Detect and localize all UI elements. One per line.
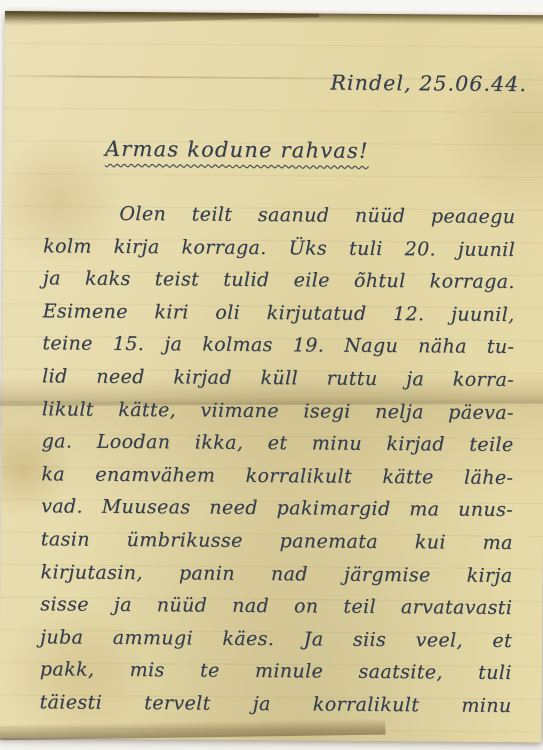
- letter-line: ka enamvähem korralikult kätte lähe-: [41, 458, 513, 494]
- letter-line: lid need kirjad küll ruttu ja korra-: [42, 360, 514, 396]
- letter-line: teine 15. ja kolmas 19. Nagu näha tu-: [42, 328, 514, 364]
- letter-line: sisse ja nüüd nad on teil arvatavasti: [40, 588, 512, 624]
- letter-line: Olen teilt saanud nüüd peaaegu: [43, 197, 515, 233]
- letter-salutation: Armas kodune rahvas!: [105, 137, 369, 163]
- letter-line: likult kätte, viimane isegi nelja päeva-: [42, 393, 514, 429]
- paper-bottom-fold: [0, 719, 386, 741]
- letter-paper: Rindel, 25.06.44. Armas kodune rahvas! O…: [0, 11, 543, 742]
- letter-line: täiesti tervelt ja korralikult minu: [39, 686, 511, 722]
- letter-line: vad. Muuseas need pakimargid ma unus-: [41, 491, 513, 527]
- letter-line: kirjutasin, panin nad järgmise kirja: [40, 556, 512, 592]
- letter-line: juba ammugi käes. Ja siis veel, et: [40, 621, 512, 657]
- paper-torn-top-edge: [5, 11, 543, 25]
- letter-line: ja kaks teist tulid eile õhtul korraga.: [43, 262, 515, 298]
- letter-line: Esimene kiri oli kirjutatud 12. juunil,: [43, 295, 515, 331]
- letter-body: Olen teilt saanud nüüd peaaegu kolm kirj…: [39, 197, 515, 722]
- letter-line: ga. Loodan ikka, et minu kirjad teile: [41, 425, 513, 461]
- letter-line: kolm kirja korraga. Üks tuli 20. juunil: [43, 230, 515, 266]
- letter-place-date: Rindel, 25.06.44.: [330, 71, 527, 97]
- letter-line: tasin ümbrikusse panemata kui ma: [41, 523, 513, 559]
- letter-line: pakk, mis te minule saatsite, tuli: [40, 654, 512, 690]
- letter-scan: Rindel, 25.06.44. Armas kodune rahvas! O…: [0, 0, 543, 750]
